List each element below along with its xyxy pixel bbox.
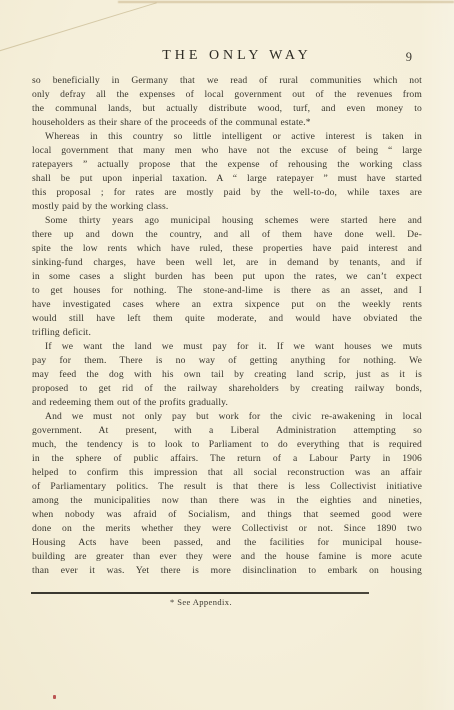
text-line: mostly paid by the working class. — [32, 200, 422, 214]
page-edge-shadow — [118, 1, 454, 3]
text-line: there up and down the country, and all o… — [32, 228, 422, 242]
text-line: done on the merits whether they were Col… — [32, 522, 422, 536]
paragraph: Some thirty years ago municipal housing … — [32, 214, 422, 340]
text-line: of Parliamentary politics. The result is… — [32, 480, 422, 494]
text-line: ratepayers ” actually propose that the e… — [32, 158, 422, 172]
text-line: If we want the land we must pay for it. … — [32, 340, 422, 354]
text-line: building are greater than ever they were… — [32, 550, 422, 564]
text-line: have investigated cases where an extra s… — [32, 298, 422, 312]
footnote-text: * See Appendix. — [32, 597, 370, 607]
paragraph: Whereas in this country so little intell… — [32, 130, 422, 214]
text-line: Some thirty years ago municipal housing … — [32, 214, 422, 228]
text-line: householders as their share of the proce… — [32, 116, 422, 130]
running-header: THE ONLY WAY 9 — [0, 48, 454, 68]
text-line: proposed to get rid of the railway share… — [32, 382, 422, 396]
text-line: among the municipalities now than there … — [32, 494, 422, 508]
text-line: would still have left them quite moderat… — [32, 312, 422, 326]
text-line: much, the tendency is to look to Parliam… — [32, 438, 422, 452]
paragraph: so beneficially in Germany that we read … — [32, 74, 422, 130]
text-line: pay for them. There is no way of getting… — [32, 354, 422, 368]
text-line: so beneficially in Germany that we read … — [32, 74, 422, 88]
text-line: may feed the dog with his own tail by cr… — [32, 368, 422, 382]
footnote-area: * See Appendix. — [32, 592, 422, 607]
text-line: sinking-fund charges, have been well let… — [32, 256, 422, 270]
text-line: local government that many men who have … — [32, 144, 422, 158]
text-line: and redeeming them out of the profits gr… — [32, 396, 422, 410]
paragraph: If we want the land we must pay for it. … — [32, 340, 422, 410]
text-line: than ever it was. Yet there is more disi… — [32, 564, 422, 578]
text-line: spite the low rents which have ruled, th… — [32, 242, 422, 256]
text-line: shall be put upon inperial taxation. A “… — [32, 172, 422, 186]
text-line: Whereas in this country so little intell… — [32, 130, 422, 144]
text-line: Housing Acts have been passed, and the f… — [32, 536, 422, 550]
text-line: helped to confirm this impression that a… — [32, 466, 422, 480]
text-line: to get houses for nothing. The stone-and… — [32, 284, 422, 298]
text-line: the communal lands, but actually distrib… — [32, 102, 422, 116]
text-line: in some cases a slight burden has been p… — [32, 270, 422, 284]
footnote-rule — [31, 592, 369, 594]
page-number: 9 — [406, 50, 412, 65]
paragraph: And we must not only pay but work for th… — [32, 410, 422, 578]
text-line: And we must not only pay but work for th… — [32, 410, 422, 424]
text-line: this proposal ; for rates are mostly pai… — [32, 186, 422, 200]
page-crease — [0, 2, 157, 53]
text-block: so beneficially in Germany that we read … — [32, 74, 422, 578]
text-line: when nobody was afraid of Socialism, and… — [32, 508, 422, 522]
red-speck — [53, 695, 56, 699]
text-line: only defray all the expenses of local go… — [32, 88, 422, 102]
book-page: THE ONLY WAY 9 so beneficially in German… — [0, 0, 454, 710]
text-line: trifling deficit. — [32, 326, 422, 340]
page-title: THE ONLY WAY — [10, 48, 454, 64]
text-line: in the sphere of public affairs. The ret… — [32, 452, 422, 466]
text-line: government. At present, with a Liberal A… — [32, 424, 422, 438]
